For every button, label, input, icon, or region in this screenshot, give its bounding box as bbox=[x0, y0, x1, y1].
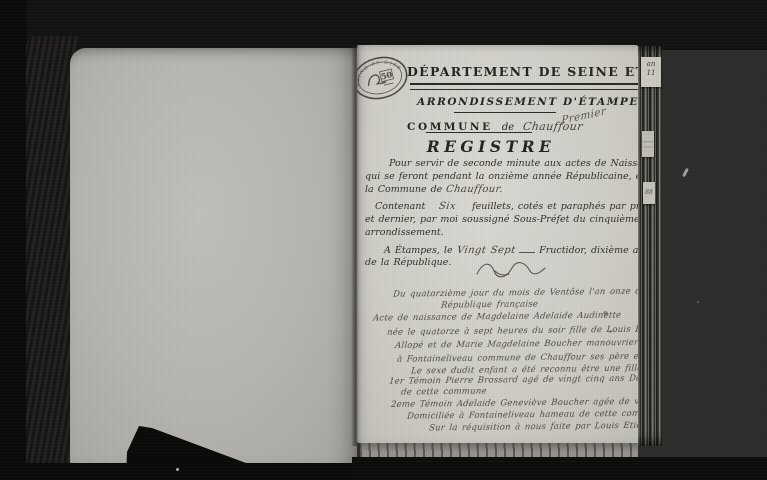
printed-line: arrondissement. bbox=[365, 227, 444, 238]
manuscript-line: de cette commune bbox=[401, 386, 488, 397]
printed-fragment: feuillets, cotés et paraphés par premier bbox=[472, 201, 641, 212]
page-fore-edge: an 11 88 bbox=[638, 46, 662, 446]
printed-line: qui se feront pendant la onzième année R… bbox=[365, 171, 641, 182]
tab-label-line: an bbox=[641, 60, 661, 69]
printed-fragment: A Étampes, le bbox=[384, 245, 453, 256]
fill-in-dash bbox=[519, 244, 535, 253]
manuscript-line: née le quatorze à sept heures du soir fi… bbox=[387, 324, 641, 337]
tab-label-line: 11 bbox=[641, 69, 661, 78]
arrondissement-header: ARRONDISSEMENT D'ÉTAMPES. bbox=[417, 96, 612, 108]
handwritten-date-fragment: Vingt Sept bbox=[456, 245, 516, 256]
dust-speck bbox=[176, 468, 179, 471]
printed-line: de la République. bbox=[365, 257, 451, 268]
manuscript-line: 1er Témoin Pierre Brossard agé de vingt … bbox=[389, 373, 641, 386]
manuscript-line: République française bbox=[441, 299, 539, 310]
printed-fragment: la Commune de bbox=[365, 184, 442, 195]
microfilm-scan: SEINE ET OISE 50 DÉPARTEMENT DE SEINE ET… bbox=[0, 0, 767, 480]
rule-divider bbox=[426, 132, 532, 133]
printed-fragment: Contenant bbox=[375, 201, 425, 212]
manuscript-line: Acte de naissance de Magdelaine Adelaide… bbox=[373, 310, 622, 323]
department-header: DÉPARTEMENT DE SEINE ET OISE. bbox=[407, 64, 641, 81]
commune-annotation-handwritten: Premier bbox=[561, 105, 606, 127]
registre-title: REGISTRE bbox=[377, 137, 605, 156]
rule-divider bbox=[454, 112, 556, 113]
dust-speck bbox=[697, 301, 699, 303]
manuscript-line: Domiciliée à Fontaineliveau hameau de ce… bbox=[407, 408, 641, 421]
double-rule-divider bbox=[410, 83, 639, 90]
film-scratch bbox=[682, 168, 689, 177]
manuscript-line: à Fontaineliveau commune de Chauffour se… bbox=[397, 351, 641, 364]
printed-fragment: Fructidor, dixième année bbox=[539, 245, 641, 256]
printed-line: la Commune de Chauffour. bbox=[365, 184, 504, 195]
manuscript-line: 2eme Témoin Adelaide Geneviève Boucher a… bbox=[391, 396, 641, 410]
blank-left-page bbox=[70, 48, 357, 465]
printed-line: Pour servir de seconde minute aux actes … bbox=[389, 158, 641, 169]
film-band-bottom bbox=[352, 457, 767, 480]
signature-scribble bbox=[475, 259, 547, 281]
page-marker-tab: 88 bbox=[643, 182, 655, 204]
film-band-bottom bbox=[0, 463, 360, 480]
under-page-edges bbox=[360, 443, 638, 458]
register-page: SEINE ET OISE 50 DÉPARTEMENT DE SEINE ET… bbox=[357, 45, 641, 443]
manuscript-line: Allopé et de Marie Magdelaine Boucher ma… bbox=[395, 337, 641, 351]
handwritten-fragment: Chauffour. bbox=[446, 184, 505, 195]
printed-line: ContenantSixfeuillets, cotés et paraphés… bbox=[375, 201, 641, 212]
printed-line: A Étampes, le Vingt Sept Fructidor, dixi… bbox=[384, 244, 641, 256]
film-band-top bbox=[0, 0, 767, 50]
book-gutter-shadow bbox=[351, 44, 361, 446]
page-marker-tab: an 11 bbox=[641, 57, 661, 87]
film-band-left bbox=[0, 0, 27, 480]
manuscript-line: Du quatorzième jour du mois de Ventôse l… bbox=[393, 286, 641, 299]
printed-line: et dernier, par moi soussigné Sous-Préfe… bbox=[365, 214, 640, 225]
manuscript-line: Sur la réquisition à nous faite par Loui… bbox=[429, 421, 641, 434]
handwritten-fragment: Six bbox=[438, 201, 456, 212]
page-marker-tab bbox=[642, 131, 654, 157]
